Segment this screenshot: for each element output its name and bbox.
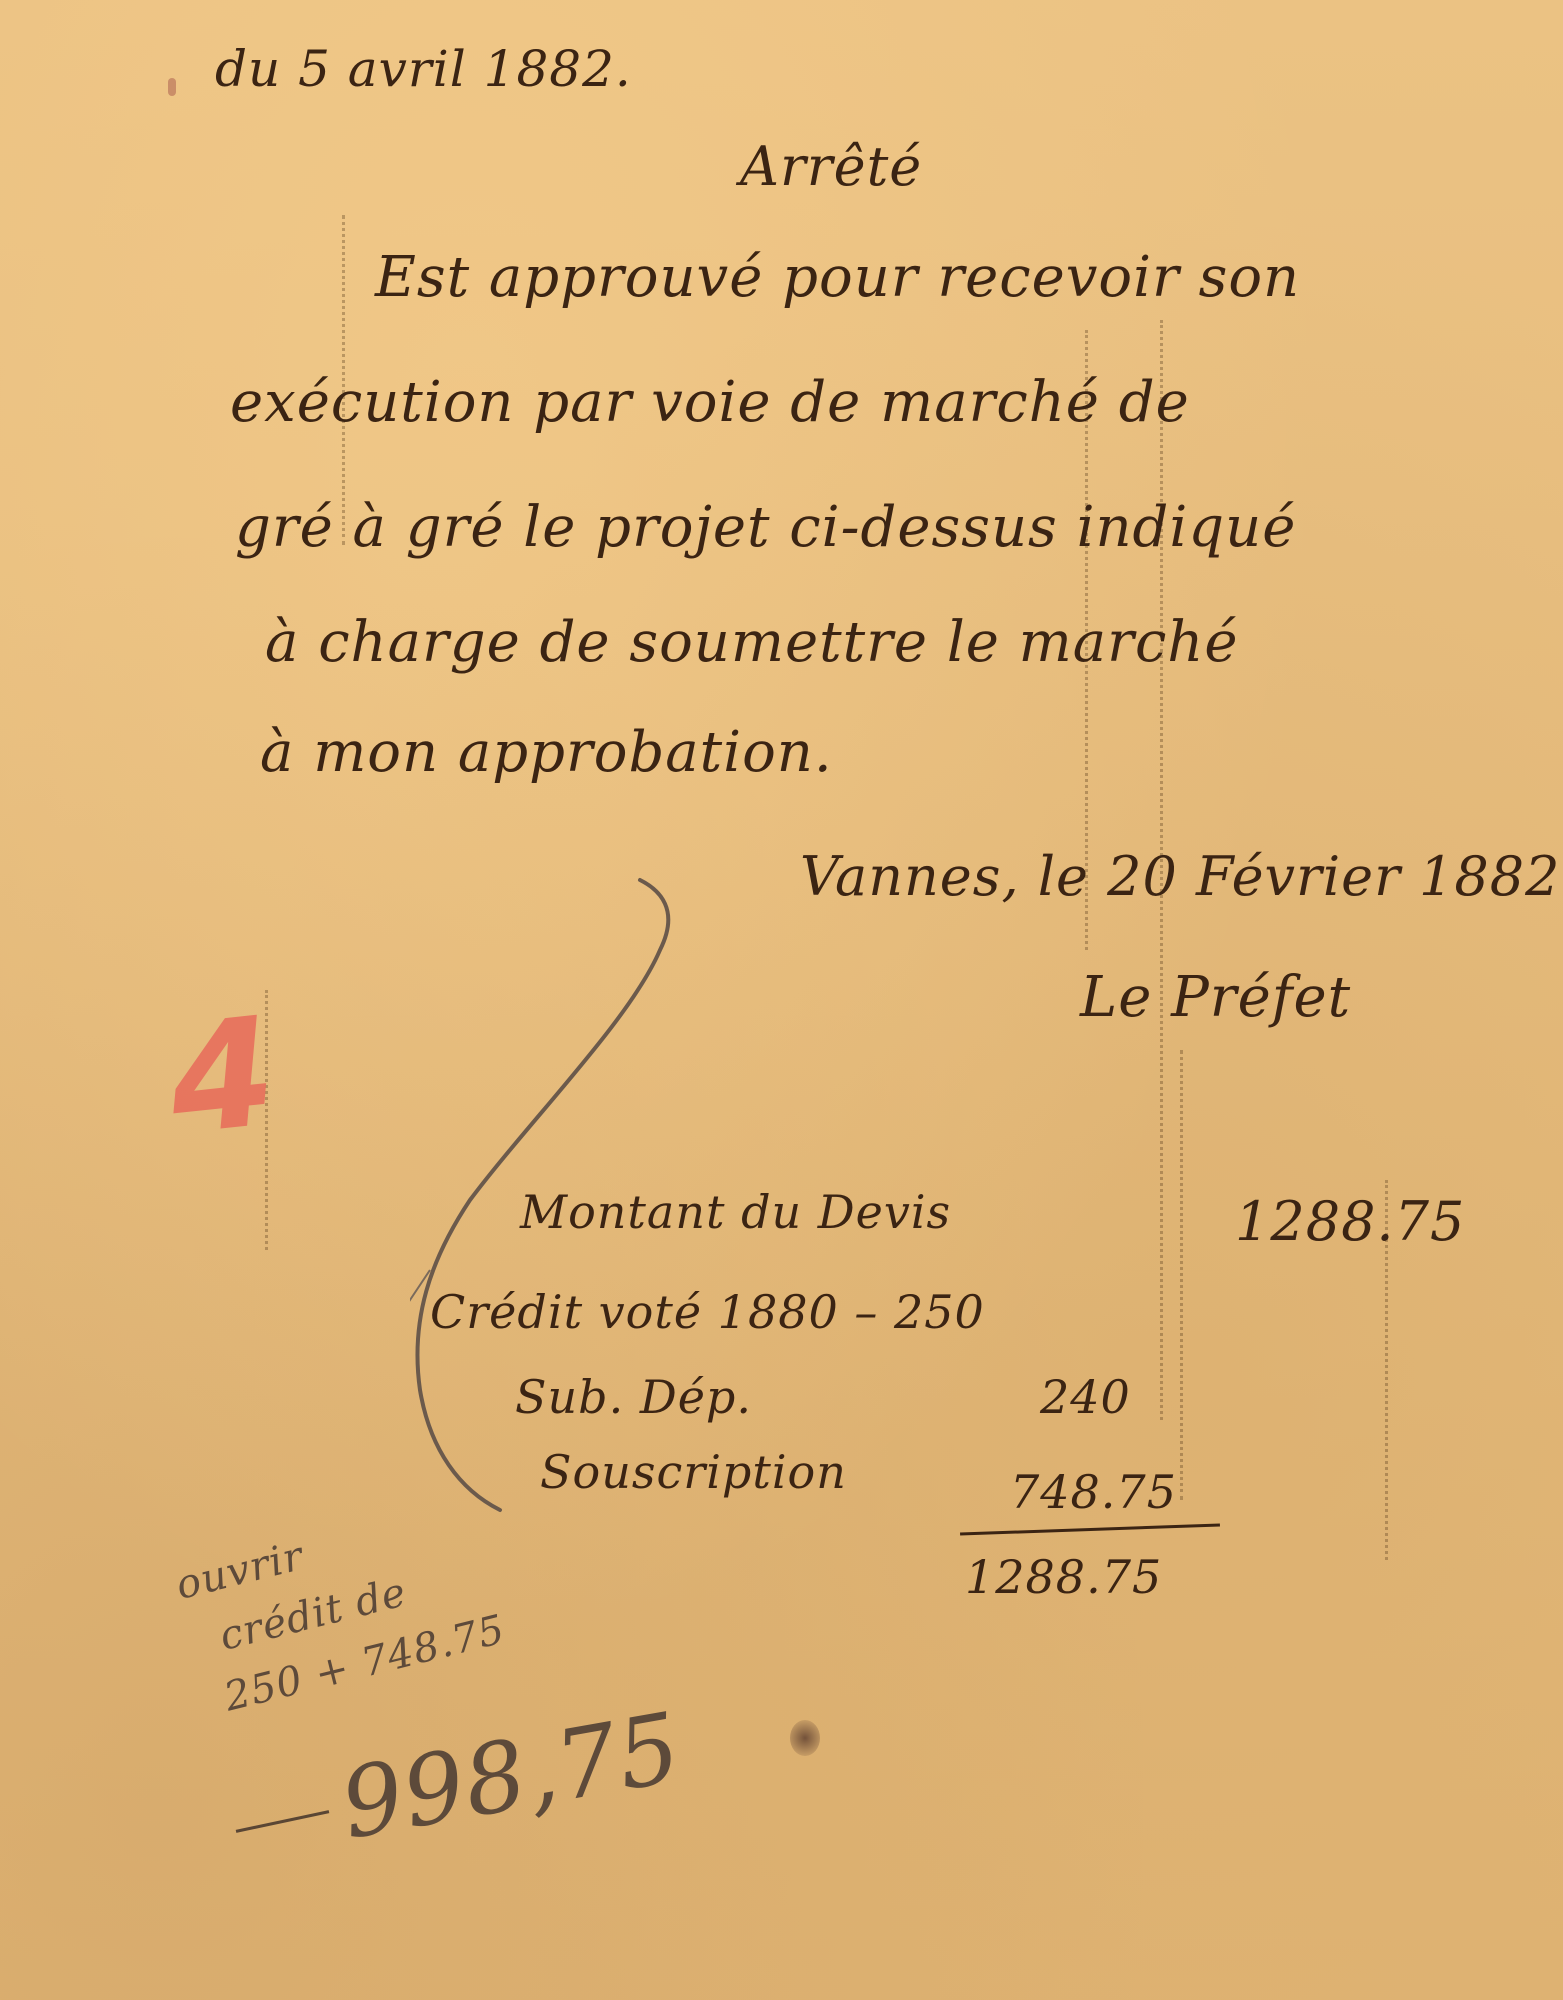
pencil-dash <box>236 1810 330 1833</box>
summary-label: Montant du Devis <box>520 1185 951 1239</box>
summary-row: Montant du Devis <box>520 1185 951 1239</box>
place-date: Vannes, le 20 Février 1882 <box>800 845 1560 908</box>
bleed-through-line <box>1180 1050 1183 1500</box>
summary-amount: 1288.75 <box>1235 1190 1465 1253</box>
red-margin-mark: 4 <box>161 985 284 1169</box>
summary-row: Souscription <box>540 1445 847 1499</box>
document-page: du 5 avril 1882. Arrêté Est approuvé pou… <box>0 0 1563 2000</box>
sum-rule-line <box>960 1523 1220 1535</box>
summary-total: 1288.75 <box>965 1550 1162 1604</box>
body-line: Est approuvé pour recevoir son <box>375 245 1300 310</box>
summary-row: Sub. Dép. <box>515 1370 752 1424</box>
body-line: exécution par voie de marché de <box>230 370 1190 435</box>
summary-label: Souscription <box>540 1445 847 1499</box>
body-line: gré à gré le projet ci-dessus indiqué <box>235 495 1296 560</box>
total-amount: 1288.75 <box>965 1550 1162 1604</box>
summary-amount: 240 <box>1040 1370 1131 1424</box>
summary-label: Sub. Dép. <box>515 1370 752 1424</box>
body-line: à mon approbation. <box>260 720 833 785</box>
ink-stain <box>790 1720 820 1756</box>
amount-devis: 1288.75 <box>1235 1190 1465 1253</box>
summary-row: Crédit voté 1880 – 250 <box>430 1285 985 1339</box>
summary-amount: 748.75 <box>1010 1465 1177 1519</box>
signature: Le Préfet <box>1080 965 1351 1030</box>
pencil-result: 998,75 <box>333 1691 689 1861</box>
amount-subvention: 240 <box>1040 1370 1131 1424</box>
ink-spot <box>168 78 176 96</box>
pencil-margin-note: ouvrir crédit de 250 + 748.75 <box>160 1483 511 1734</box>
summary-label: Crédit voté 1880 – 250 <box>430 1285 985 1339</box>
document-title: Arrêté <box>740 135 922 198</box>
body-line: à charge de soumettre le marché <box>265 610 1239 675</box>
header-date: du 5 avril 1882. <box>215 40 632 98</box>
amount-souscription: 748.75 <box>1010 1465 1177 1519</box>
